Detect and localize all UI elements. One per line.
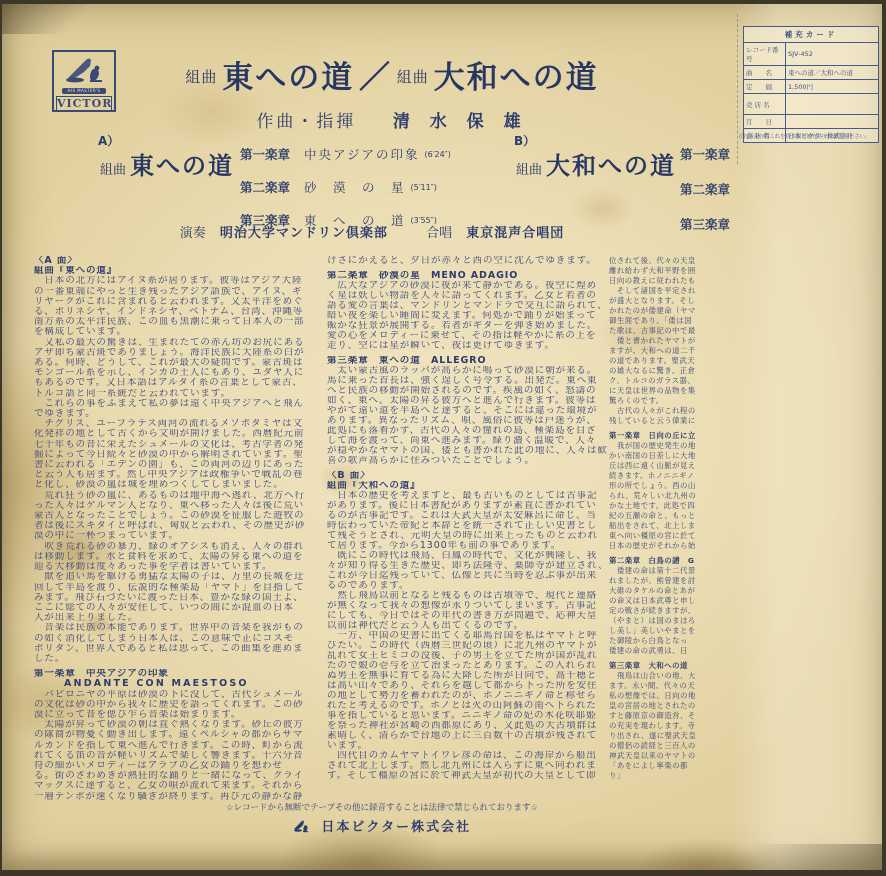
- notes-line: もあるのです。又日本語はアルタイ系の言葉として蒙古、: [34, 378, 316, 388]
- notes-line: 一方、中国の史書に出てくる耶馬台国を私はヤマトと呼: [327, 631, 607, 641]
- notes-line: の地として勢力を蓄われたのが、ホノニニギノ命と称せら: [327, 691, 607, 701]
- notes-line: く星は妖しい物語を人々に語ってくれます。乙女と若者の: [327, 291, 607, 301]
- notes-line: ク、トルコのガラス器、: [609, 376, 705, 386]
- notes-line: る、ポリネシヤ、インドネシヤ、ベトナム、台湾、沖縄等: [34, 307, 316, 317]
- notes-line: があります。後に日本書紀がありますが素直に書かれてい: [327, 501, 607, 511]
- notes-line: すと藤原京の御造営、そ: [609, 711, 705, 721]
- notes-line: 太陽が昇って砂漠の朝は直ぐ熱くなります。砂丘の彼方: [34, 720, 316, 730]
- notes-line: かな土地です。此処で四: [609, 501, 705, 511]
- notes-line: 飛鳥は山合いの地、大: [609, 671, 705, 681]
- card-date-value: [786, 115, 879, 129]
- ensemble-label: 演奏: [180, 226, 206, 241]
- notes-heading: 〈B 面〉: [327, 471, 607, 481]
- card-cut-line: [737, 14, 738, 164]
- card-row-label: レコード番号: [744, 43, 786, 66]
- notes-line: 喜の歌声高らかに住みついたことでしょう。: [327, 456, 607, 466]
- suite-label: 組曲: [516, 163, 542, 178]
- card-row-label: 売 店 名: [744, 94, 786, 115]
- side-b-suite: 組曲大和への道: [516, 146, 676, 181]
- notes-line: は移動します。水と食料を求めて、太陽の昇る東への道を: [34, 552, 316, 562]
- notes-line: バビロニヤの平原は砂漠の下に没して、古代シュメール: [34, 690, 316, 700]
- notes-line: チグリス、ユーフラテス両河の流れるメソポタミヤは文: [34, 419, 316, 429]
- notes-line: 馬に乗った首長は、強く逞しく号令する。出発だ。東へ東: [327, 376, 607, 386]
- notes-line: れたと考えるのです。ホノとは火の山阿蘇の南へ下られた: [327, 701, 607, 711]
- notes-line: ある。何時、どうして、これが最大の疑問です。蒙古斑は: [34, 358, 316, 368]
- side-a-suite: 組曲東への道: [100, 146, 234, 181]
- notes-line: と化し、砂漠の嵐は城を埋めつくしてしまいました。: [34, 480, 316, 490]
- notes-line: る。街のざわめきが熱狂的な踊りと一緒になって、クライ: [34, 771, 316, 781]
- notes-line: 「あをによし寧楽の都: [609, 761, 705, 771]
- notes-line: にしても、今日ではその年代の書き方が問題で、応神天皇: [327, 611, 607, 621]
- notes-line: を祭った神社が宮崎の西都原にあり、又此処の大古墳群は: [327, 721, 607, 731]
- notes-line: 漠に立って昔を偲び乍ら音楽は始まります。: [34, 710, 316, 720]
- nipper-icon: [293, 820, 309, 833]
- notes-line: 定の戦さが続きますが、: [609, 606, 705, 616]
- notes-line: 我が国の歴史発生の地: [609, 441, 705, 451]
- notes-line: 吹き荒れる砂の暴力、緑のオアシスも消え、人々の群れ: [34, 542, 316, 552]
- notes-line: り出され、遂に聖武天皇: [609, 731, 705, 741]
- record-number: SJV-452: [786, 43, 879, 66]
- notes-line: の道であります。聖武天: [609, 356, 705, 366]
- notes-line: リヤークがこれに含まれると云われます。又太平洋をめぐ: [34, 297, 316, 307]
- supply-card-title: 補充カード: [744, 27, 878, 43]
- notes-line: す。そして橿原の宮に於て神武天皇が初代の天皇として即: [327, 771, 607, 781]
- notes-line: います。: [327, 741, 607, 751]
- notes-line: し美し」美しいやまとを: [609, 626, 705, 636]
- card-price-value: 1,500円: [786, 80, 879, 94]
- notes-line: 音楽は民族の本能であります。世界中の音楽を我がもの: [34, 623, 316, 633]
- notes-line: モンゴール系を示し、インカの土人にもあり、ユダヤ人に: [34, 368, 316, 378]
- notes-line: 東へ向い橿原の宮に於て: [609, 531, 705, 541]
- notes-line: るのが古事記です。これは天武天皇が太安麻呂に命じ、当: [327, 511, 607, 521]
- notes-line: 人が出来上りました。: [34, 613, 316, 623]
- movement-row: 第一楽章: [680, 145, 744, 180]
- notes-line: みます。飛び石づたいに渡った日本、豊かな緑の国土よ、: [34, 593, 316, 603]
- notes-line: の如く消化してしまう日本人は、この意味で正にコスモ: [34, 634, 316, 644]
- album-title: 組曲 東への道 ／ 組曲 大和への道: [62, 52, 722, 97]
- notes-line: ここに総ての人々が安住して、いつの間にか混血の日本: [34, 603, 316, 613]
- company-line: 日本ビクター株式会社: [2, 816, 762, 835]
- notes-line: の僧侶の読経と三百人の: [609, 741, 705, 751]
- notes-line: て残そうとされ、元明天皇の時に出来上ったものと云われ: [327, 531, 607, 541]
- notes-line: 日本の歴史がそれから始: [609, 541, 705, 551]
- notes-line: 位されて後、代々の天皇: [609, 256, 705, 266]
- notes-line: ますが、大和への道二千: [609, 346, 705, 356]
- notes-line: びたい。この時代（西暦三世紀の頃）に北九州のヤマトが: [327, 641, 607, 651]
- composer-name: 清 水 保 雄: [393, 112, 528, 132]
- notes-line: 皇の宮居の地とされたの: [609, 701, 705, 711]
- notes-line: けさにかえると、夕日が赤々と西の空に沈んでゆきます。: [327, 256, 607, 266]
- movement-row: 第一楽章中央アジアの印象(6′24″): [240, 145, 451, 178]
- notes-line: 倭と書かれたヤマトが: [609, 336, 705, 346]
- notes-line: が盛大となります。そし: [609, 296, 705, 306]
- notes-line: 化発祥の地として古くから文明が開けました。西暦紀元前: [34, 429, 316, 439]
- card-store-value: [786, 94, 879, 115]
- notes-line: ルカンドを指して東へ進んで行きます。この時、町から流: [34, 741, 316, 751]
- notes-heading: 〈A 面〉: [34, 256, 316, 266]
- notes-line: 南方系の太平洋民族、この血も黒潮に乗って日本人の一部: [34, 317, 316, 327]
- chorus-label: 合唱: [426, 226, 452, 241]
- notes-heading: 第三楽章 東への道 ALLEGRO: [327, 356, 607, 366]
- ensemble-name: 明治大学マンドリン倶楽部: [220, 226, 388, 241]
- notes-line: 古代の人々がこれ程の: [609, 406, 705, 416]
- notes-line: 神武天皇以来のヤマトの: [609, 751, 705, 761]
- notes-line: そして諸国を平定され: [609, 286, 705, 296]
- notes-line: れてくる笛の音が軽いリズムで楽しく響きます。十六分音: [34, 751, 316, 761]
- notes-line: 辿る大移動は度々あった事を学者は書いています。: [34, 562, 316, 572]
- notes-line: 船出をされて、北上しま: [609, 521, 705, 531]
- album-back-cover: HIS MASTER'S VOICE VICTOR 組曲 東への道 ／ 組曲 大…: [2, 4, 882, 870]
- notes-line: 時伝わっていた帝紀と本辞とを統一されて正しい史書とし: [327, 521, 607, 531]
- notes-line: あります。異なったリズム、唄、風俗に彼等は戸迷うが、: [327, 416, 607, 426]
- notes-line: るのであります。: [327, 581, 607, 591]
- notes-line: 荒れ狂う砂の嵐に、あるものは地中海へ逃れ、北方へ行: [34, 491, 316, 501]
- copyright-notice: ☆レコードから無断でテープその他に録音することは法律で禁じられております☆: [2, 801, 762, 813]
- notes-line: 既にこの時代は飛鳥、白鳳の時代で、文化が興隆し、我: [327, 551, 607, 561]
- suite-prefix-a: 組曲: [185, 68, 217, 86]
- notes-line: 又私の最大の驚きは、生まれたての赤ん坊のお尻にある: [34, 338, 316, 348]
- notes-line: 形の所でしょう。西の山: [609, 481, 705, 491]
- notes-line: を構成しています。: [34, 327, 316, 337]
- notes-line: 語る愛の言葉は、マンドリンとマンドラで交互に語られて、: [327, 301, 607, 311]
- notes-line: して海を渡って、尚東へ進みます。緑り濃く温暖で、人々: [327, 436, 607, 446]
- notes-line: った人々はゲルマン人となり、東へ移った人々は後に荒い: [34, 501, 316, 511]
- notes-heading: 組曲『東への道』: [34, 266, 316, 276]
- notes-line: した。: [34, 654, 316, 664]
- notes-line: 乱れて女王ヒミコの没後、子の男王を立てた所が国が乱れ: [327, 651, 607, 661]
- performers-line: 演奏 明治大学マンドリン倶楽部 合唱 東京混声合唱団: [2, 222, 742, 241]
- notes-heading: 組曲『大和への道』: [327, 481, 607, 491]
- notes-line: 掘によって今日続々と砂漠の中から解明されています。聖: [34, 450, 316, 460]
- notes-line: マックスに達すると、乙女の唄が流れて来ます。それから: [34, 781, 316, 791]
- movement-row: 第二楽章: [680, 180, 744, 215]
- photo-shadow-bottom-right: [682, 844, 882, 870]
- notes-line: ポリタン、世界人であると私は思って、この曲集を進めま: [34, 644, 316, 654]
- photo-shadow-top-left: [2, 4, 122, 34]
- notes-line: れましたが、熊曾建を討: [609, 576, 705, 586]
- notes-line: アザ即ち蒙古斑でありましょう。海洋民族に大陸系の白が: [34, 348, 316, 358]
- notes-line: 以前は神代だと云う人も出てくるのです。: [327, 621, 607, 631]
- notes-line: 此処にも落着かず、古代の人々の憧れの島、極楽島を目ざ: [327, 426, 607, 436]
- notes-line: 回して半島を渡り、伝説的な極楽島「ヤマト」を目指して: [34, 583, 316, 593]
- notes-line: されて北上します。然し北九州には入らずに東へ向われま: [327, 761, 607, 771]
- notes-line: 御生涯であり、「倭は国: [609, 316, 705, 326]
- notes-line: 残していると云う偉業に: [609, 416, 705, 426]
- title-separator: ／: [359, 60, 392, 96]
- notes-line: （やまと）は国のまほろ: [609, 616, 705, 626]
- notes-line: ぬ男王を無事に育てる為に天降した所が日向で、高千穂と: [327, 671, 607, 681]
- notes-line: の一番東端にやっと生き残ったアジア語族で、アイヌ、ギ: [34, 287, 316, 297]
- notes-line: に天皇は世界の品物を集: [609, 386, 705, 396]
- title-block: 組曲 東への道 ／ 組曲 大和への道 作曲・指揮 清 水 保 雄: [62, 52, 722, 132]
- notes-line: トルコ語と同一系統だと云われています。: [34, 389, 316, 399]
- suite-title-a: 東への道: [222, 60, 354, 96]
- notes-line: の充実を現わします。寺: [609, 721, 705, 731]
- notes-line: られ、荒々しい北九州の: [609, 491, 705, 501]
- notes-line: 日本の北方にはアイヌ系が居ります。彼等はアジア大陸: [34, 276, 316, 286]
- notes-line: の文化は砂の中から我々に歴史を語ってくれます。この砂: [34, 700, 316, 710]
- suite-prefix-b: 組曲: [397, 68, 429, 86]
- notes-line: 走り、空には星が瞬いて、夜は更けてゆきます。: [327, 341, 607, 351]
- notes-line: たので娘の壱与を立て治まったとあります。この入れられ: [327, 661, 607, 671]
- notes-line: へと民族の移動が開始されるのです。疾風の如く、怒濤の: [327, 386, 607, 396]
- notes-line: でゆきます。: [34, 409, 316, 419]
- card-row-label: 月 日: [744, 115, 786, 129]
- notes-line: 大碓のタケルの命とあが: [609, 586, 705, 596]
- notes-heading: 第二楽章 砂漠の星 MENO ADAGIO: [327, 271, 607, 281]
- suite-name: 東への道: [130, 152, 234, 180]
- composer-credit: 作曲・指揮 清 水 保 雄: [62, 107, 722, 132]
- notes-line: 書に云われる「エデンの園」も、この両河の辺りにあった: [34, 460, 316, 470]
- notes-line: 々が知り得る生きた歴史、即ち法隆寺、薬師寺が建立され、: [327, 561, 607, 571]
- notes-line: かれたのが倭建命（ヤマ: [609, 306, 705, 316]
- notes-line: ます。永い間、代々の天: [609, 681, 705, 691]
- notes-line: 離れ給わず大和平野を囲: [609, 266, 705, 276]
- supply-card-note: (注)販売の際これを切り取り補充注文に御利用下さい。: [739, 132, 881, 140]
- notes-heading: 第一楽章 日向の丘に立: [609, 431, 705, 441]
- card-row-label: 定 価: [744, 80, 786, 94]
- credit-label: 作曲・指揮: [256, 112, 356, 132]
- notes-line: 如く、東へ、太陽の昇る彼方へと進んで行きます。彼等は: [327, 396, 607, 406]
- movement-row: 第二楽章砂 漠 の 星(5′11″): [240, 178, 451, 211]
- notes-line: が無くなって我々の想像が永りついてしまいます。古事記: [327, 601, 607, 611]
- notes-line: 続きます。ホノニニギノ: [609, 471, 705, 481]
- notes-heading: 第三楽章 大和への道: [609, 661, 705, 671]
- notes-line: の隊商が物憂く動き出します。遠くペルシャの都からサマ: [34, 730, 316, 740]
- notes-line: り」: [609, 771, 705, 781]
- notes-heading: ANDANTE CON MAESTOSO: [34, 679, 316, 689]
- notes-line: 者は後にスキタイと呼ばれ、匈奴と云われ、その歴史が砂: [34, 521, 316, 531]
- notes-line: 然し飛鳥以前となると残るものは古墳等で、現代と連絡: [327, 591, 607, 601]
- chorus-name: 東京混声合唱団: [466, 226, 564, 241]
- notes-line: 四代目のカムヤマトイワレ彦の命は、この海岸から船出: [327, 751, 607, 761]
- notes-line: 愛の心をメロディーに乗せて、その指は軽やかに糸の上を: [327, 331, 607, 341]
- notes-line: 日本の歴史を考えますと、最も古いものとしては古事記: [327, 491, 607, 501]
- notes-line: の命又は日本武尊と申し: [609, 596, 705, 606]
- notes-line: 驚ろくのです。: [609, 396, 705, 406]
- liner-notes-column-1: 〈A 面〉組曲『東への道』 日本の北方にはアイヌ系が居ります。彼等はアジア大陸の…: [34, 256, 316, 802]
- notes-line: 事を指していると思います。ニニギノ命の妃の木花咲耶姫: [327, 711, 607, 721]
- notes-line: これが今日迄残っていて、仏像と共に当時を忍ぶ事が出来: [327, 571, 607, 581]
- notes-line: 太い蒙古風のラッパが高らかに鳴って砂漠に朝が来る。: [327, 366, 607, 376]
- suite-label: 組曲: [100, 163, 126, 178]
- notes-line: た御陵から白鳥となっ: [609, 636, 705, 646]
- notes-line: 倭建の命は第十二代景: [609, 566, 705, 576]
- notes-line: かい南国の日差しに大地: [609, 451, 705, 461]
- liner-notes-column-2: けさにかえると、夕日が赤々と西の空に沈んでゆきます。 第二楽章 砂漠の星 MEN…: [327, 256, 607, 781]
- notes-line: 丘は西に遠く山脈が見え: [609, 461, 705, 471]
- notes-line: 獣を追い馬を駆ける勇猛な太陽の子は、万里の長城を迂: [34, 572, 316, 582]
- notes-line: 素晴しく、清らかで台地の上に三百数十の古墳が残されて: [327, 731, 607, 741]
- supply-card: 補充カード レコード番号SJV-452 曲 名東への道／大和への道 定 価1,5…: [743, 26, 879, 143]
- suite-name: 大和への道: [546, 152, 676, 180]
- notes-line: 倭建の命の武勇は、日: [609, 646, 705, 656]
- card-row-label: 曲 名: [744, 66, 786, 80]
- suite-title-b: 大和への道: [434, 60, 599, 96]
- notes-line: これらの事をふまえて私の夢は遠く中央アジアへと飛ん: [34, 399, 316, 409]
- card-title-value: 東への道／大和への道: [786, 66, 879, 80]
- notes-line: 賑かな狂景が展開する。若者がギターを弾き始めました。: [327, 321, 607, 331]
- notes-line: 符の細かいメロディーはアラブの乙女の踊りを想わせ: [34, 761, 316, 771]
- company-name: 日本ビクター株式会社: [321, 820, 471, 835]
- notes-line: が穏やかなヤマトの国、倭とも書かれた此の地に、人々は歓: [327, 446, 607, 456]
- notes-line: 日向の教えに従われたも: [609, 276, 705, 286]
- notes-line: 紀の五瀬の命と、もっと: [609, 511, 705, 521]
- notes-line: た歌は、古事記の中で最: [609, 326, 705, 336]
- notes-line: 暗い夜を楽しい睡間に変えます。何処かで踊りが始まって: [327, 311, 607, 321]
- notes-heading: 第一楽章 中央アジアの印象: [34, 669, 316, 679]
- notes-line: は高い山々であり、それらを越して都から下った所を安住: [327, 681, 607, 691]
- liner-notes-column-3: 位されて後、代々の天皇離れ給わず大和平野を囲日向の教えに従われたも そして諸国を…: [609, 256, 705, 781]
- notes-line: 広大なアジアの砂漠に夜が来て静かである。夜空に煌め: [327, 281, 607, 291]
- notes-line: て居ります。今から1300年も前の事であります。: [327, 541, 607, 551]
- notes-line: 私の想像では、日向の地: [609, 691, 705, 701]
- notes-line: 蒙古人となったことでしょう。この砂漠を征服した遊牧の: [34, 511, 316, 521]
- notes-line: 七千年もの昔に栄えたシュメールの文化は、考古学者の発: [34, 440, 316, 450]
- notes-line: 漠の中に一杯つまっています。: [34, 531, 316, 541]
- notes-line: と云う人も居ます。然し中央アジアは政権争いで戦乱の巷: [34, 470, 316, 480]
- notes-line: やがて遠い道を半島へと達すると、そこには違った環境が: [327, 406, 607, 416]
- notes-heading: 第二楽章 白鳥の譜 G: [609, 556, 705, 566]
- notes-line: の雄大なるに驚き、正倉: [609, 366, 705, 376]
